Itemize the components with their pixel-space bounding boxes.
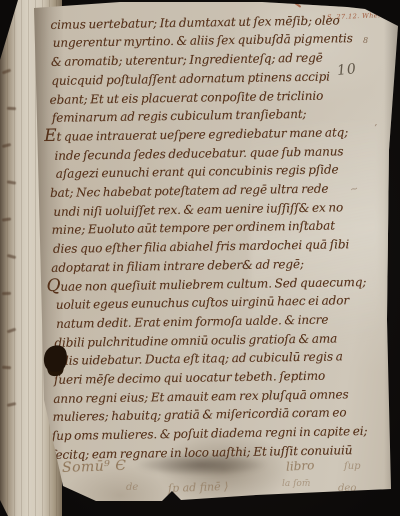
manuscript-line: mulieres; habuitq; gratiā & miſericordiā… [52, 406, 346, 426]
manuscript-page: S. 27.12. Wher 10 8 ʼ ~ expletis omnibus… [0, 0, 400, 516]
manuscript-line: feminarum ad regis cubiculum tranſiebant… [52, 107, 307, 126]
faded-note-fragment: ſp ad finē ⟩ [168, 480, 229, 495]
faded-libro-note: libro [286, 458, 315, 473]
enlarged-initial: E [44, 126, 57, 146]
faded-owner-note: Somū⁹ Є [62, 458, 127, 476]
faded-note-fragment: de [126, 482, 138, 493]
manuscript-line: cimus uertebatur; Ita dumtaxat ut ſex mē… [50, 13, 339, 33]
manuscript-text-block: expletis omnibus quae ad cultū muliebrē … [42, 0, 365, 480]
manuscript-line: ſup oms mulieres. & poſuit diadema regni… [52, 424, 368, 444]
manuscript-line: natum dedit. Erat enim formoſa ualde. & … [56, 312, 328, 331]
manuscript-line: ebant; Et ut eis placuerat conpoſite de … [49, 88, 323, 107]
text-bleed-mark [2, 217, 11, 221]
erased-note-smudge [135, 454, 267, 476]
text-bleed-mark [7, 180, 16, 184]
enlarged-initial: Q [46, 275, 60, 295]
text-bleed-mark [7, 328, 16, 334]
text-bleed-mark [2, 366, 11, 370]
text-bleed-mark [2, 292, 11, 295]
text-bleed-mark [7, 107, 16, 110]
faded-note-fragment: la ſom̄ [282, 479, 310, 489]
manuscript-line: expletis omnibus quae ad cultū muliebrē … [50, 0, 400, 5]
manuscript-line: dies quo eſther filia abiahel fris mardo… [53, 237, 349, 257]
text-bleed-mark [7, 402, 16, 407]
manuscript-line: Et quae intrauerat ueſpere egrediebatur … [44, 125, 348, 145]
manuscript-line: mine; Euoluto aūt tempore per ordinem in… [52, 219, 336, 238]
manuscript-line: bat; Nec habebat poteſtatem ad regē ultr… [50, 182, 329, 201]
manuscript-line: quicquid poſtulaſſent adornatum ptinens … [51, 69, 330, 88]
manuscript-line: ungerentur myrtino. & aliis ſex quibuſdā… [53, 32, 353, 52]
text-bleed-mark [2, 143, 11, 148]
manuscript-line: anno regni eius; Et amauit eam rex pluſq… [53, 387, 348, 407]
faded-note-fragment: deo [338, 483, 356, 494]
faded-right-fragment: ſup [344, 461, 361, 472]
pen-trial-mark: 8 [363, 36, 368, 45]
manuscript-line: undi niſi uoluiſſet rex. & eam uenire iu… [53, 200, 343, 220]
manuscript-line: adoptarat in filiam intrare deber& ad re… [51, 257, 304, 276]
manuscript-line: aſagezi eunuchi erant qui concubinis reg… [56, 163, 339, 182]
manuscript-line: uoluit egeus eunuchus cuſtos uirginū hae… [56, 293, 349, 313]
pen-tick-mark: ʼ [374, 124, 377, 134]
manuscript-line: bilis uidebatur. Ducta eſt itaq; ad cubi… [54, 350, 343, 370]
manuscript-line: Quae non queſiuit muliebrem cultum. Sed … [46, 274, 366, 294]
manuscript-line: & aromatib; uterentur; Ingredienteſq; ad… [51, 51, 323, 70]
manuscript-line: inde ſecunda ſedes deducebatur. quae ſub… [54, 144, 343, 164]
manuscript-photo: S. 27.12. Wher 10 8 ʼ ~ expletis omnibus… [0, 0, 400, 516]
text-bleed-mark [7, 254, 16, 259]
manuscript-line: dibili pulchritudine omniū oculis gratio… [54, 331, 337, 350]
manuscript-line: ſueri mēſe decimo qui uocatur tebeth. ſe… [54, 369, 325, 388]
text-bleed-mark [2, 69, 11, 75]
